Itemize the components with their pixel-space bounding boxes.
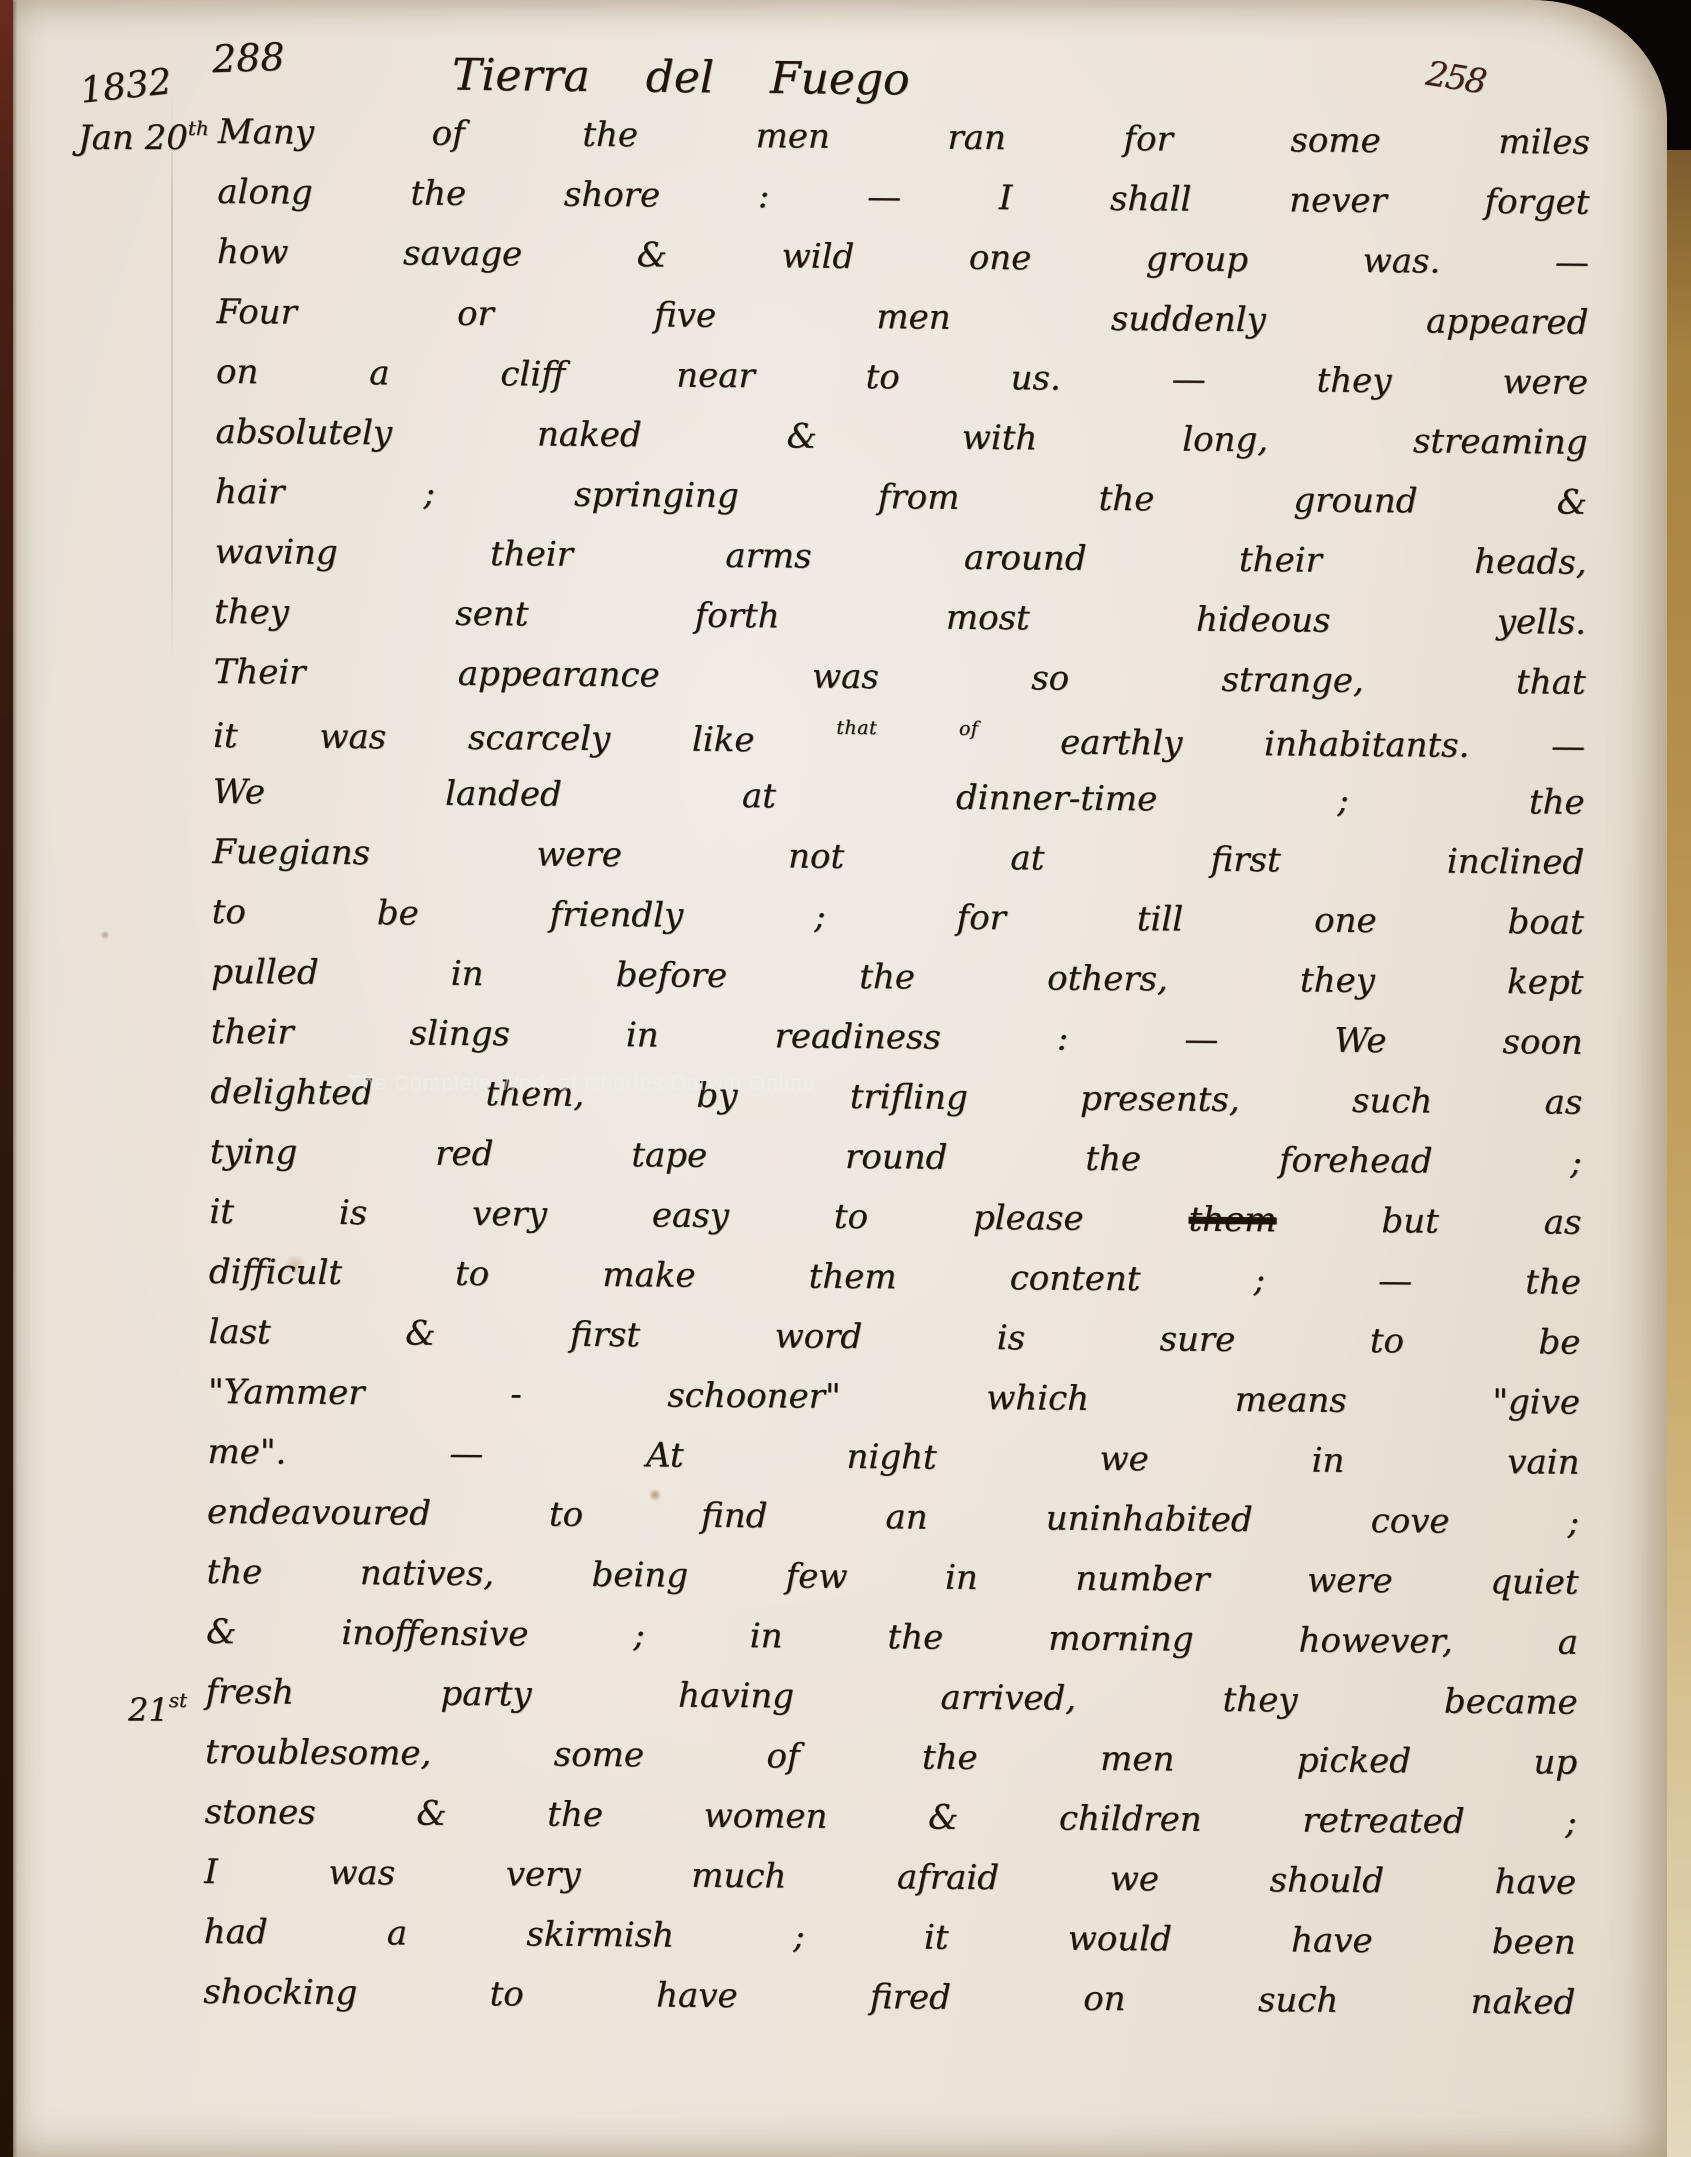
manuscript-line: We landed at dinner-time ; the: [212, 772, 1584, 843]
manuscript-line: it was scarcely like that of earthly inh…: [213, 712, 1585, 783]
margin-note-21st: 21st: [128, 1688, 187, 1729]
manuscript-line: absolutely naked & with long, streaming: [215, 412, 1587, 483]
margin-note-suffix: st: [169, 1688, 187, 1712]
manuscript-line: difficult to make them content ; — the: [209, 1252, 1581, 1323]
manuscript-line: fresh party having arrived, they became: [205, 1672, 1577, 1743]
manuscript-line: how savage & wild one group was. —: [217, 232, 1589, 303]
paper-stain: [100, 930, 110, 940]
manuscript-line: had a skirmish ; it would have been: [203, 1912, 1575, 1983]
manuscript-line: "Yammer - schooner" which means "give: [208, 1372, 1580, 1443]
margin-date-suffix: th: [188, 116, 209, 140]
archive-watermark: The Complete Work of Charles Darwin Onli…: [348, 1072, 816, 1096]
manuscript-line: Many of the men ran for some miles: [218, 112, 1590, 183]
manuscript-line: along the shore : — I shall never forget: [217, 172, 1589, 243]
book-photo: 288 1832 Jan 20th Tierra del Fuego 258 2…: [0, 0, 1691, 2157]
margin-crease-line: [171, 95, 173, 665]
manuscript-line: on a cliff near to us. — they were: [216, 352, 1588, 423]
manuscript-line: shocking to have fired on such naked: [203, 1972, 1575, 2043]
manuscript-line: troublesome, some of the men picked up: [205, 1732, 1577, 1803]
manuscript-line: Four or five men suddenly appeared: [216, 292, 1588, 363]
page-number-left: 288: [211, 35, 285, 82]
manuscript-line: me". — At night we in vain: [207, 1432, 1579, 1503]
margin-note-number: 21: [128, 1691, 169, 1729]
manuscript-line: the natives, being few in number were qu…: [206, 1552, 1578, 1623]
binding-gutter: [0, 0, 13, 2157]
page-title: Tierra del Fuego: [452, 50, 910, 106]
manuscript-line: last & first word is sure to be: [208, 1312, 1580, 1383]
margin-date-text: Jan 20: [78, 118, 188, 158]
manuscript-line: it is very easy to please them but as: [209, 1192, 1581, 1263]
manuscript-line: stones & the women & children retreated …: [204, 1792, 1576, 1863]
manuscript-line: they sent forth most hideous yells.: [214, 592, 1586, 663]
manuscript-line: endeavoured to find an uninhabited cove …: [207, 1492, 1579, 1563]
manuscript-line: Fuegians were not at first inclined: [212, 832, 1584, 903]
manuscript-line: pulled in before the others, they kept: [211, 952, 1583, 1023]
manuscript-line: I was very much afraid we should have: [204, 1852, 1576, 1923]
manuscript-line: Their appearance was so strange, that: [213, 652, 1585, 723]
manuscript-line: & inoffensive ; in the morning however, …: [206, 1612, 1578, 1683]
manuscript-line: to be friendly ; for till one boat: [211, 892, 1583, 963]
manuscript-line: tying red tape round the forehead ;: [210, 1132, 1582, 1203]
margin-date: Jan 20th: [78, 116, 209, 158]
manuscript-line: waving their arms around their heads,: [214, 532, 1586, 603]
manuscript-line: hair ; springing from the ground &: [215, 472, 1587, 543]
